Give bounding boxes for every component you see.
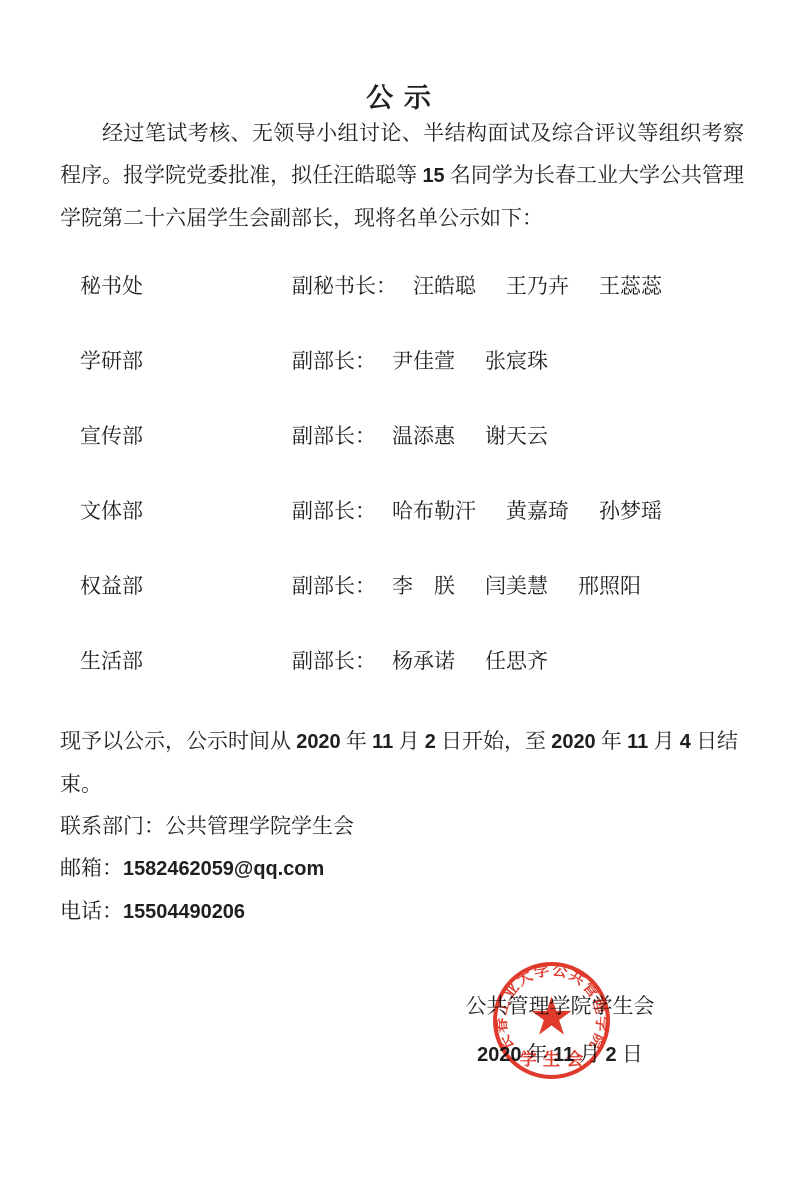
intro-paragraph: 经过笔试考核、无领导小组讨论、半结构面试及综合评议等组织考察程序。报学院党委批准… <box>60 112 744 239</box>
person-name: 孙梦瑶 <box>599 495 662 525</box>
role-label: 副部长： <box>292 345 376 375</box>
person-name: 张宸珠 <box>485 345 548 375</box>
numeric-text: 2 <box>606 1044 617 1066</box>
name-list: 汪皓聪王乃卉王蕊蕊 <box>413 270 662 300</box>
department-label: 宣传部 <box>80 420 292 450</box>
person-name: 王蕊蕊 <box>599 270 662 300</box>
role-label: 副部长： <box>292 645 376 675</box>
numeric-text: 2 <box>425 731 436 753</box>
person-name: 谢天云 <box>485 420 548 450</box>
email-line: 邮箱：1582462059@qq.com <box>60 847 760 890</box>
numeric-text: 2020 <box>296 731 340 753</box>
numeric-text: 1582462059@qq.com <box>123 858 324 880</box>
person-name: 温添惠 <box>392 420 455 450</box>
role-label: 副部长： <box>292 495 376 525</box>
name-list: 温添惠谢天云 <box>392 420 548 450</box>
announcement-page: 公 示 经过笔试考核、无领导小组讨论、半结构面试及综合评议等组织考察程序。报学院… <box>0 0 799 1200</box>
appointment-list: 秘书处 副秘书长： 汪皓聪王乃卉王蕊蕊 学研部 副部长： 尹佳萱张宸珠 宣传部 … <box>80 270 760 720</box>
name-list: 李 朕闫美慧邢照阳 <box>392 570 641 600</box>
numeric-text: 2020 <box>477 1044 521 1066</box>
appointment-row: 生活部 副部长： 杨承诺任思齐 <box>80 645 760 668</box>
person-name: 王乃卉 <box>506 270 569 300</box>
appointment-row: 权益部 副部长： 李 朕闫美慧邢照阳 <box>80 570 760 593</box>
phone-line: 电话：15504490206 <box>60 890 760 933</box>
person-name: 任思齐 <box>485 645 548 675</box>
person-name: 李 朕 <box>392 570 455 600</box>
person-name: 闫美慧 <box>485 570 548 600</box>
footer-block: 现予以公示，公示时间从 2020 年 11 月 2 日开始，至 2020 年 1… <box>60 720 760 933</box>
person-name: 哈布勒汗 <box>392 495 476 525</box>
signature-date: 2020 年 11 月 2 日 <box>420 1038 700 1068</box>
notice-line: 现予以公示，公示时间从 2020 年 11 月 2 日开始，至 2020 年 1… <box>60 720 760 805</box>
signature-block: 公共管理学院学生会 2020 年 11 月 2 日 <box>420 990 700 1068</box>
person-name: 尹佳萱 <box>392 345 455 375</box>
appointment-row: 宣传部 副部长： 温添惠谢天云 <box>80 420 760 443</box>
page-title: 公 示 <box>0 76 799 115</box>
numeric-text: 15 <box>422 165 444 187</box>
person-name: 邢照阳 <box>578 570 641 600</box>
numeric-text: 4 <box>680 731 691 753</box>
department-label: 生活部 <box>80 645 292 675</box>
role-label: 副部长： <box>292 420 376 450</box>
person-name: 杨承诺 <box>392 645 455 675</box>
department-label: 文体部 <box>80 495 292 525</box>
numeric-text: 15504490206 <box>123 901 245 923</box>
name-list: 杨承诺任思齐 <box>392 645 548 675</box>
numeric-text: 11 <box>553 1044 574 1066</box>
name-list: 哈布勒汗黄嘉琦孙梦瑶 <box>392 495 662 525</box>
contact-department-line: 联系部门：公共管理学院学生会 <box>60 805 760 847</box>
person-name: 黄嘉琦 <box>506 495 569 525</box>
role-label: 副秘书长： <box>292 270 397 300</box>
appointment-row: 秘书处 副秘书长： 汪皓聪王乃卉王蕊蕊 <box>80 270 760 293</box>
name-list: 尹佳萱张宸珠 <box>392 345 548 375</box>
numeric-text: 11 <box>627 731 648 753</box>
department-label: 权益部 <box>80 570 292 600</box>
appointment-row: 学研部 副部长： 尹佳萱张宸珠 <box>80 345 760 368</box>
department-label: 学研部 <box>80 345 292 375</box>
signature-organization: 公共管理学院学生会 <box>420 990 700 1020</box>
department-label: 秘书处 <box>80 270 292 300</box>
numeric-text: 2020 <box>551 731 595 753</box>
numeric-text: 11 <box>372 731 393 753</box>
person-name: 汪皓聪 <box>413 270 476 300</box>
role-label: 副部长： <box>292 570 376 600</box>
appointment-row: 文体部 副部长： 哈布勒汗黄嘉琦孙梦瑶 <box>80 495 760 518</box>
